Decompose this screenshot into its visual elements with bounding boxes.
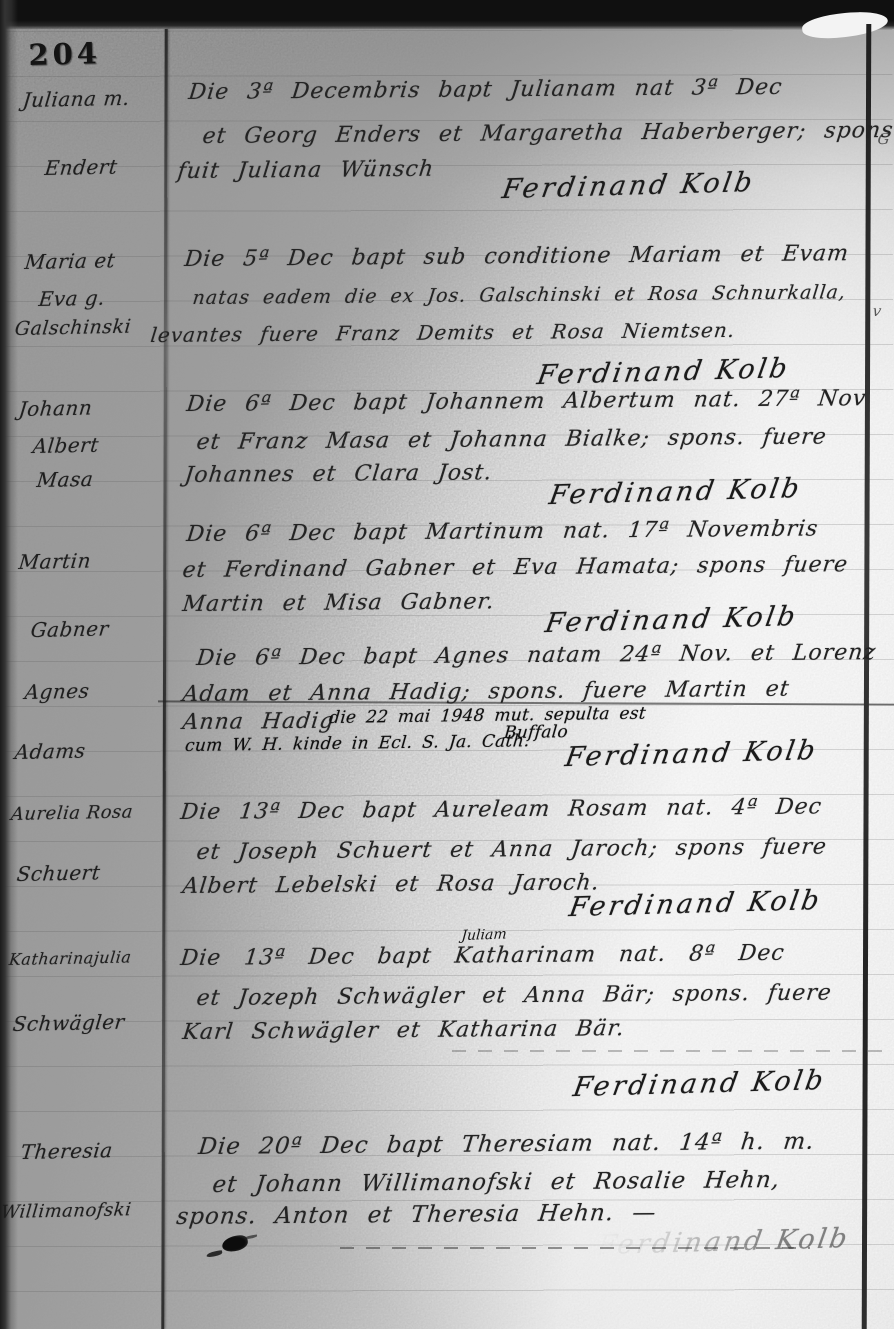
margin-name: Juliana m. (22, 86, 132, 112)
margin-name: Johann (18, 395, 94, 421)
scan-top-border (0, 0, 894, 29)
entry-line: Die 13ª Dec bapt Katharinam nat. 8ª Dec (179, 941, 786, 971)
margin-name: Maria et (24, 248, 117, 274)
margin-name: Endert (44, 154, 119, 180)
page-number: 204 (28, 36, 101, 72)
entry-line: Die 3ª Decembris bapt Julianam nat 3ª De… (187, 75, 784, 105)
margin-name: Schuert (16, 860, 102, 886)
margin-name: Schwägler (12, 1010, 126, 1036)
entry-line: Albert Lebelski et Rosa Jaroch. (181, 870, 601, 899)
margin-name: Katharinajulia (8, 947, 132, 969)
margin-name: Eva g. (38, 286, 107, 311)
entry-line: Martin et Misa Gabner. (181, 589, 496, 617)
entry-line: spons. Anton et Theresia Hehn. — (175, 1200, 658, 1230)
entry-line: Adam et Anna Hadig; spons. fuere Martin … (181, 677, 791, 707)
annotation-place: Buffalo (503, 722, 569, 743)
entry-line: Anna Hadig (181, 709, 336, 735)
scanned-register-page: 204 Juliana m. Endert Die 3ª Decembris b… (0, 0, 894, 1329)
margin-name: Willimanofski (0, 1199, 132, 1223)
margin-name: Agnes (24, 679, 91, 704)
entry-line: Karl Schwägler et Katharina Bär. (181, 1016, 626, 1045)
faint-ruled-smear (452, 1050, 892, 1052)
inserted-word: Juliam (461, 926, 507, 944)
scan-left-border (0, 0, 18, 1329)
margin-name: Masa (36, 467, 95, 492)
margin-name: Martin (18, 548, 93, 574)
entry-line: levantes fuere Franz Demits et Rosa Niem… (149, 318, 736, 347)
margin-name: Theresia (20, 1138, 114, 1164)
margin-name: Adams (14, 739, 87, 765)
margin-name: Galschinski (14, 316, 133, 340)
margin-name: Aurelia Rosa (10, 801, 134, 825)
edge-mark: G (876, 130, 891, 148)
margin-name: Gabner (30, 616, 110, 642)
entry-line: fuit Juliana Wünsch (176, 157, 435, 184)
entry-line: Johannes et Clara Jost. (183, 460, 493, 488)
entry-line: Die 20ª Dec bapt Theresiam nat. 14ª h. m… (197, 1129, 816, 1160)
margin-name: Albert (32, 433, 101, 458)
entry-line: et Johann Willimanofski et Rosalie Hehn, (211, 1167, 781, 1198)
